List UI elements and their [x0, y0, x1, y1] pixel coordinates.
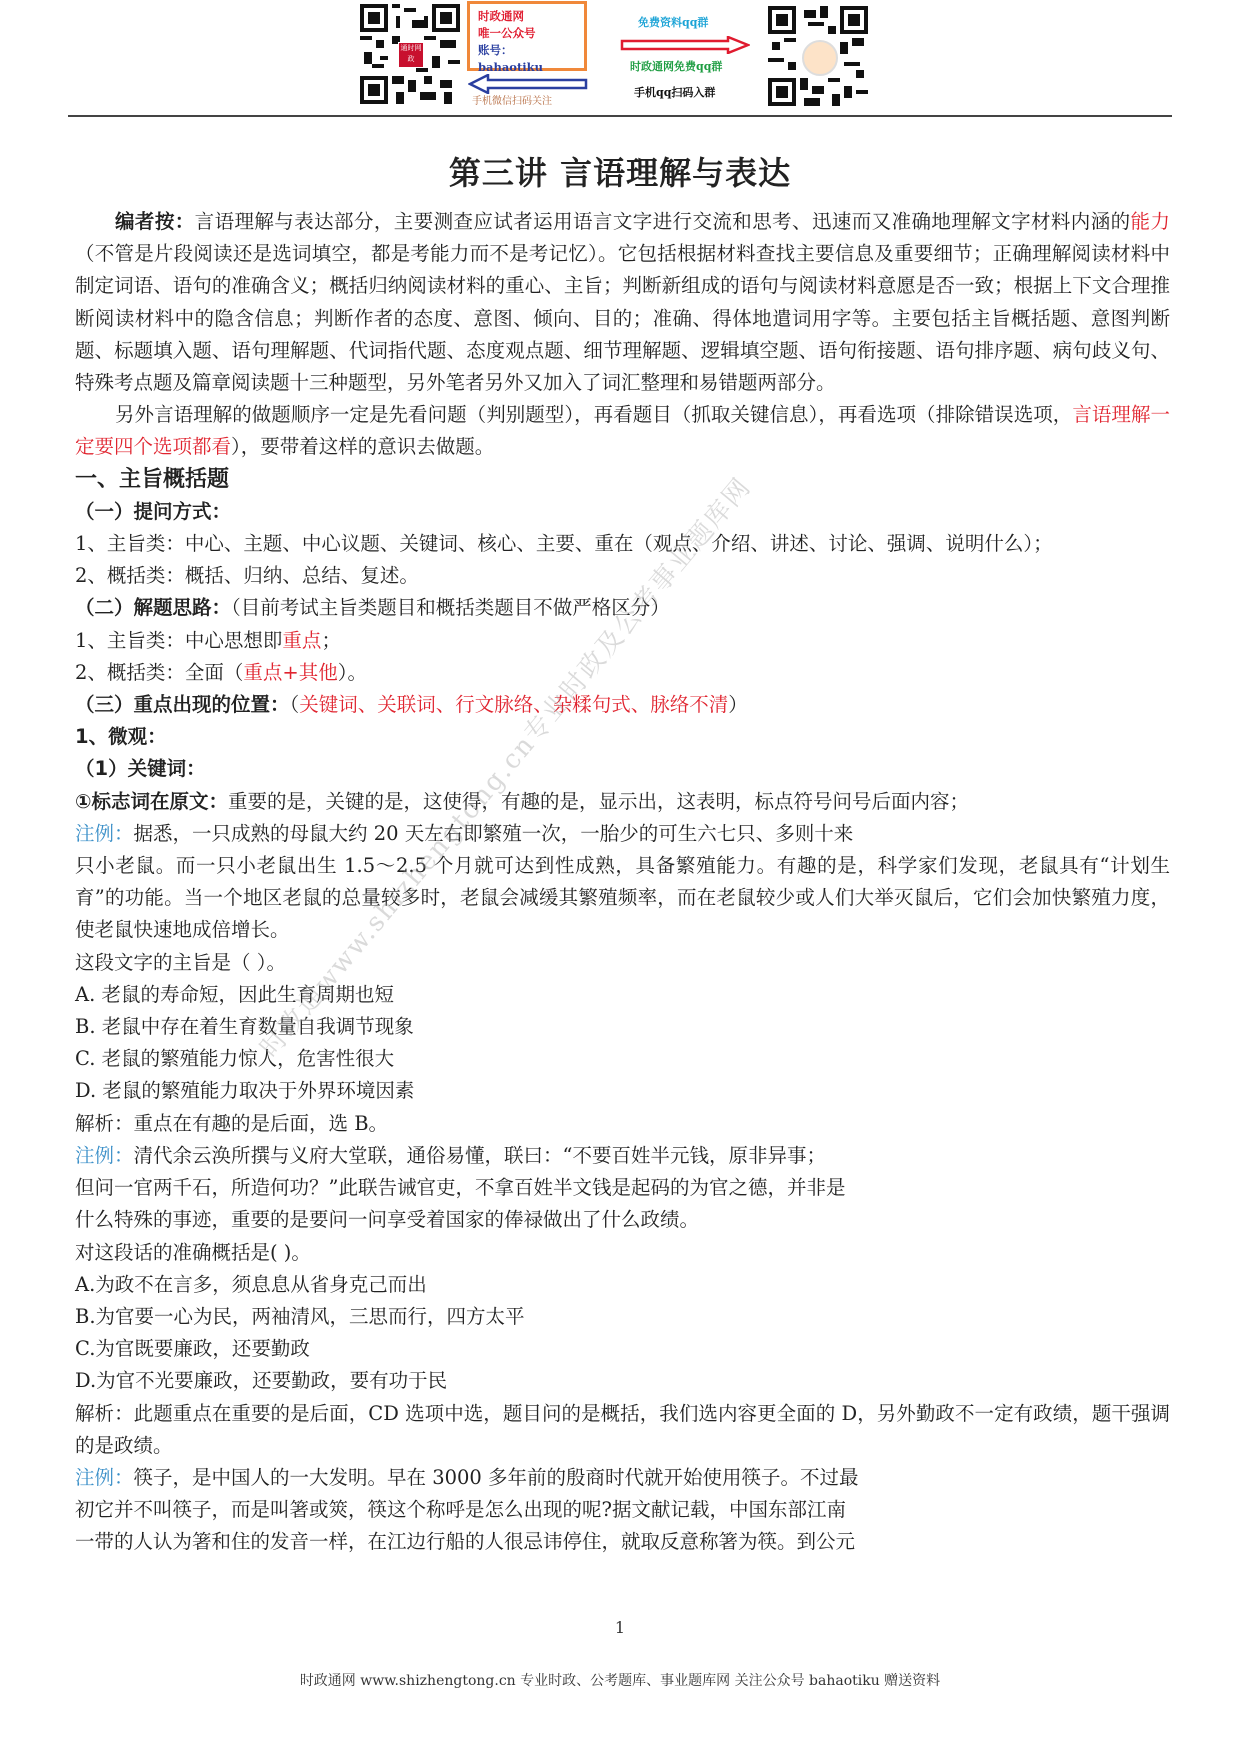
list-item: 2、概括类：全面（重点+其他）。	[75, 657, 1170, 689]
site-name: 时政通网	[478, 8, 576, 25]
arrow-right-icon	[620, 36, 750, 54]
example-1-question: 这段文字的主旨是（ ）。	[75, 947, 1170, 979]
example-text: 清代余云涣所撰与义府大堂联，通俗易懂，联曰：“不要百姓半元钱，原非异事；	[134, 1144, 826, 1167]
list-item-text: ；	[321, 629, 341, 652]
option-c: C. 老鼠的繁殖能力惊人，危害性很大	[75, 1043, 1170, 1075]
paren: （	[290, 693, 300, 716]
page-footer: 时政通网 www.shizhengtong.cn 专业时政、公考题库、事业题库网…	[0, 1670, 1240, 1690]
subsection-heading-position: （三）重点出现的位置：	[75, 693, 290, 716]
example-2-line: 注例：清代余云涣所撰与义府大堂联，通俗易懂，联曰：“不要百姓半元钱，原非异事；	[75, 1140, 1170, 1172]
list-item-text: 2、概括类：全面（	[75, 661, 243, 684]
order-text-cont: ），要带着这样的意识去做题。	[231, 435, 494, 458]
option-b: B.为官要一心为民，两袖清风，三思而行，四方太平	[75, 1301, 1170, 1333]
example-1-analysis: 解析：重点在有趣的是后面，选 B。	[75, 1108, 1170, 1140]
page-header: 通时网政 时政通网 唯一公众号 账号：bahaotiku 手机微信扫码关注 免费…	[0, 0, 1240, 118]
list-item-text: 1、主旨类：中心思想即	[75, 629, 282, 652]
qq-free-materials-label: 免费资料qq群	[638, 14, 708, 30]
marker-text: 重要的是，关键的是，这使得，有趣的是，显示出，这表明，标点符号问号后面内容；	[228, 790, 969, 813]
list-item: 1、主旨类：中心思想即重点；	[75, 625, 1170, 657]
subsection-position: （三）重点出现的位置：（关键词、关联词、行文脉络、杂糅句式、脉络不清）	[75, 689, 1170, 721]
subsection-heading-approach: （二）解题思路：	[75, 596, 231, 619]
option-a: A. 老鼠的寿命短，因此生育周期也短	[75, 979, 1170, 1011]
account-id: 账号：bahaotiku	[478, 42, 576, 76]
example-1-body: 只小老鼠。而一只小老鼠出生 1.5～2.5 个月就可达到性成熟，具备繁殖能力。有…	[75, 850, 1170, 947]
example-3-line: 初它并不叫筷子，而是叫箸或筴，筷这个称呼是怎么出现的呢?据文献记载，中国东部江南	[75, 1494, 1170, 1526]
example-2-question: 对这段话的准确概括是( )。	[75, 1237, 1170, 1269]
paren: ）	[728, 693, 748, 716]
wechat-account-box: 时政通网 唯一公众号 账号：bahaotiku	[467, 1, 587, 71]
wechat-qr-code: 通时网政	[360, 2, 460, 106]
example-3-line: 注例：筷子，是中国人的一大发明。早在 3000 多年前的殷商时代就开始使用筷子。…	[75, 1462, 1170, 1494]
highlight-key-point: 重点	[282, 629, 321, 652]
option-a: A.为政不在言多，须息息从省身克己而出	[75, 1269, 1170, 1301]
example-text: 筷子，是中国人的一大发明。早在 3000 多年前的殷商时代就开始使用筷子。不过最	[134, 1466, 859, 1489]
marker-words: ①标志词在原文：重要的是，关键的是，这使得，有趣的是，显示出，这表明，标点符号问…	[75, 786, 1170, 818]
order-text: 另外言语理解的做题顺序一定是先看问题（判别题型），再看题目（抓取关键信息），再看…	[115, 403, 1072, 426]
option-c: C.为官既要廉政，还要勤政	[75, 1333, 1170, 1365]
document-body: 编者按：言语理解与表达部分，主要测查应试者运用语言文字进行交流和思考、迅速而又准…	[75, 206, 1170, 1559]
header-divider	[68, 115, 1172, 117]
editor-note-text-cont: （不管是片段阅读还是选词填空，都是考能力而不是考记忆）。它包括根据材料查找主要信…	[75, 242, 1170, 394]
qq-scan-label: 手机qq扫码入群	[634, 84, 715, 100]
example-3-line: 一带的人认为箸和住的发音一样，在江边行船的人很忌讳停住，就取反意称箸为筷。到公元	[75, 1526, 1170, 1558]
highlight-ability: 能力	[1131, 210, 1170, 233]
subsection-approach: （二）解题思路：（目前考试主旨类题目和概括类题目不做严格区分）	[75, 592, 1170, 624]
highlight-positions: 关键词、关联词、行文脉络、杂糅句式、脉络不清	[299, 693, 728, 716]
approach-note: （目前考试主旨类题目和概括类题目不做严格区分）	[231, 596, 670, 619]
example-text: 据悉，一只成熟的母鼠大约 20 天左右即繁殖一次，一胎少的可生六七只、多则十来	[134, 822, 854, 845]
list-item: 1、主旨类：中心、主题、中心议题、关键词、核心、主要、重在（观点、介绍、讲述、讨…	[75, 528, 1170, 560]
qq-avatar-icon	[802, 40, 838, 76]
option-d: D. 老鼠的繁殖能力取决于外界环境因素	[75, 1075, 1170, 1107]
list-item-text: ）。	[338, 661, 367, 684]
qq-group-qr-code	[768, 2, 868, 110]
official-account-label: 唯一公众号	[478, 25, 576, 42]
example-label: 注例：	[75, 1144, 134, 1167]
example-1-line: 注例：据悉，一只成熟的母鼠大约 20 天左右即繁殖一次，一胎少的可生六七只、多则…	[75, 818, 1170, 850]
editor-note-text: 言语理解与表达部分，主要测查应试者运用语言文字进行交流和思考、迅速而又准确地理解…	[195, 210, 1131, 233]
section-heading: 一、主旨概括题	[75, 464, 1170, 496]
highlight-key-point-other: 重点+其他	[243, 661, 337, 684]
example-2-analysis: 解析：此题重点在重要的是后面，CD 选项中选，题目问的是概括，我们选内容更全面的…	[75, 1398, 1170, 1462]
editor-note-label: 编者按：	[115, 210, 195, 233]
page-title: 第三讲 言语理解与表达	[0, 148, 1240, 194]
example-2-line: 什么特殊的事迹，重要的是要问一问享受着国家的俸禄做出了什么政绩。	[75, 1204, 1170, 1236]
wechat-scan-caption: 手机微信扫码关注	[472, 92, 552, 107]
page-number: 1	[0, 1618, 1240, 1637]
example-label: 注例：	[75, 822, 134, 845]
subsection-heading-question-form: （一）提问方式：	[75, 496, 1170, 528]
option-d: D.为官不光要廉政，还要勤政，要有功于民	[75, 1365, 1170, 1397]
list-item: 2、概括类：概括、归纳、总结、复述。	[75, 560, 1170, 592]
arrow-left-icon	[468, 74, 588, 94]
shizhengtong-logo: 通时网政	[398, 42, 424, 68]
example-2-line: 但问一官两千石，所造何功？”此联告诫官吏，不拿百姓半文钱是起码的为官之德，并非是	[75, 1172, 1170, 1204]
order-paragraph: 另外言语理解的做题顺序一定是先看问题（判别题型），再看题目（抓取关键信息），再看…	[75, 399, 1170, 463]
example-label: 注例：	[75, 1466, 134, 1489]
option-b: B. 老鼠中存在着生育数量自我调节现象	[75, 1011, 1170, 1043]
editor-note-paragraph: 编者按：言语理解与表达部分，主要测查应试者运用语言文字进行交流和思考、迅速而又准…	[75, 206, 1170, 399]
qq-group-label: 时政通网免费qq群	[630, 58, 722, 74]
marker-label: ①标志词在原文：	[75, 790, 228, 813]
keyword-heading: （1）关键词：	[75, 753, 1170, 785]
micro-heading: 1、微观：	[75, 721, 1170, 753]
